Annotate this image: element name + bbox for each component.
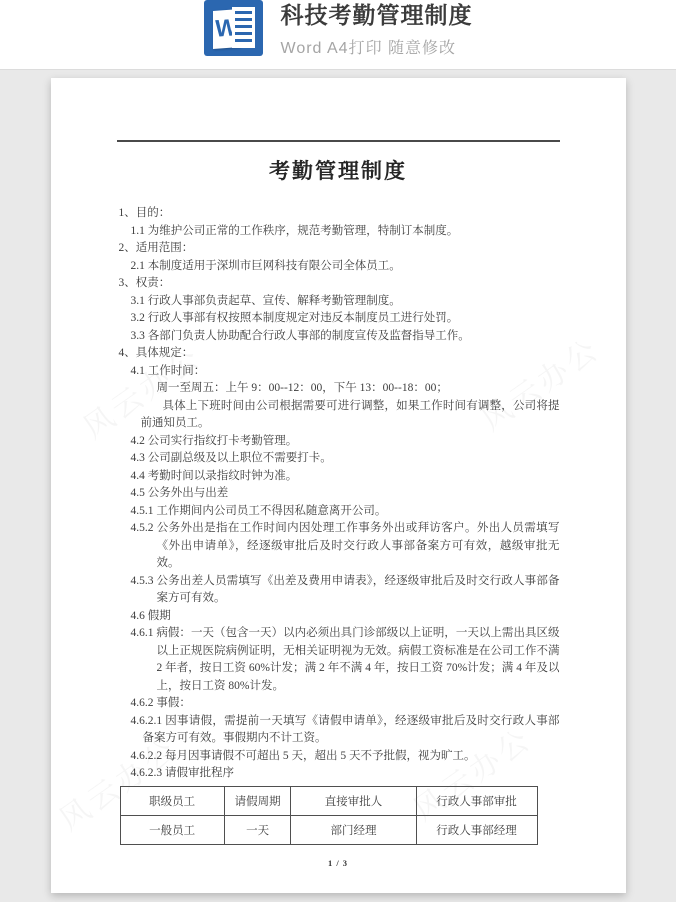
doc-paragraph: 1、目的： xyxy=(117,205,560,223)
table-row: 一般员工 一天 部门经理 行政人事部经理 xyxy=(120,815,537,844)
page-number-indicator: 1 / 3 xyxy=(117,858,560,868)
doc-paragraph: 3.3 各部门负责人协助配合行政人事部的制度宣传及监督指导工作。 xyxy=(117,328,560,346)
doc-paragraph: 4.6.2.1 因事请假，需提前一天填写《请假申请单》，经逐级审批后及时交行政人… xyxy=(117,713,560,748)
document-page: 风云办公 风云办公 风云办公 风云办公 考勤管理制度 1、目的： 1.1 为维护… xyxy=(51,78,626,893)
header-content: W 科技考勤管理制度 Word A4打印 随意修改 xyxy=(204,0,473,69)
document-title: 考勤管理制度 xyxy=(117,155,560,185)
document-body: 1、目的： 1.1 为维护公司正常的工作秩序，规范考勤管理，特制订本制度。 2、… xyxy=(117,205,560,783)
document-content: 考勤管理制度 1、目的： 1.1 为维护公司正常的工作秩序，规范考勤管理，特制订… xyxy=(51,140,626,868)
doc-paragraph: 4.6.2.2 每月因事请假不可超出 5 天，超出 5 天不予批假，视为旷工。 xyxy=(117,748,560,766)
doc-paragraph: 3.1 行政人事部负责起草、宣传、解释考勤管理制度。 xyxy=(117,293,560,311)
table-header-cell: 行政人事部审批 xyxy=(416,786,537,815)
doc-paragraph: 具体上下班时间由公司根据需要可进行调整，如果工作时间有调整，公司将提前通知员工。 xyxy=(117,398,560,433)
template-title: 科技考勤管理制度 xyxy=(281,2,473,30)
doc-paragraph: 1.1 为维护公司正常的工作秩序，规范考勤管理，特制订本制度。 xyxy=(117,223,560,241)
table-header-cell: 职级员工 xyxy=(120,786,224,815)
doc-paragraph: 3、权责： xyxy=(117,275,560,293)
template-subtitle: Word A4打印 随意修改 xyxy=(281,35,473,58)
header-text: 科技考勤管理制度 Word A4打印 随意修改 xyxy=(281,0,473,58)
doc-paragraph: 2、适用范围： xyxy=(117,240,560,258)
table-header-cell: 直接审批人 xyxy=(291,786,416,815)
table-cell: 行政人事部经理 xyxy=(416,815,537,844)
word-file-icon: W xyxy=(204,0,263,56)
table-header-cell: 请假周期 xyxy=(224,786,291,815)
header-rule xyxy=(117,140,560,142)
doc-paragraph: 4.6 假期 xyxy=(117,608,560,626)
word-icon-document-page xyxy=(232,7,255,48)
word-icon-text-lines xyxy=(235,11,252,44)
doc-paragraph: 4、具体规定： xyxy=(117,345,560,363)
table-cell: 一般员工 xyxy=(120,815,224,844)
doc-paragraph: 4.5.3 公务出差人员需填写《出差及费用申请表》，经逐级审批后及时交行政人事部… xyxy=(117,573,560,608)
doc-paragraph: 周一至周五：上午 9：00--12：00，下午 13：00--18：00； xyxy=(117,380,560,398)
site-header: W 科技考勤管理制度 Word A4打印 随意修改 xyxy=(0,0,676,70)
doc-paragraph: 4.2 公司实行指纹打卡考勤管理。 xyxy=(117,433,560,451)
doc-paragraph: 4.5.1 工作期间内公司员工不得因私随意离开公司。 xyxy=(117,503,560,521)
table-cell: 一天 xyxy=(224,815,291,844)
doc-paragraph: 4.6.2 事假： xyxy=(117,695,560,713)
doc-paragraph: 4.1 工作时间： xyxy=(117,363,560,381)
doc-paragraph: 4.5.2 公务外出是指在工作时间内因处理工作事务外出或拜访客户。外出人员需填写… xyxy=(117,520,560,573)
doc-paragraph: 4.6.1 病假：一天（包含一天）以内必须出具门诊部级以上证明，一天以上需出具区… xyxy=(117,625,560,695)
table-cell: 部门经理 xyxy=(291,815,416,844)
table-header-row: 职级员工 请假周期 直接审批人 行政人事部审批 xyxy=(120,786,537,815)
doc-paragraph: 3.2 行政人事部有权按照本制度规定对违反本制度员工进行处罚。 xyxy=(117,310,560,328)
doc-paragraph: 4.6.2.3 请假审批程序 xyxy=(117,765,560,783)
doc-paragraph: 4.4 考勤时间以录指纹时钟为准。 xyxy=(117,468,560,486)
doc-paragraph: 4.5 公务外出与出差 xyxy=(117,485,560,503)
approval-table: 职级员工 请假周期 直接审批人 行政人事部审批 一般员工 一天 部门经理 行政人… xyxy=(120,786,538,845)
doc-paragraph: 2.1 本制度适用于深圳市巨网科技有限公司全体员工。 xyxy=(117,258,560,276)
doc-paragraph: 4.3 公司副总级及以上职位不需要打卡。 xyxy=(117,450,560,468)
document-preview-area: 风云办公 风云办公 风云办公 风云办公 考勤管理制度 1、目的： 1.1 为维护… xyxy=(0,70,676,893)
